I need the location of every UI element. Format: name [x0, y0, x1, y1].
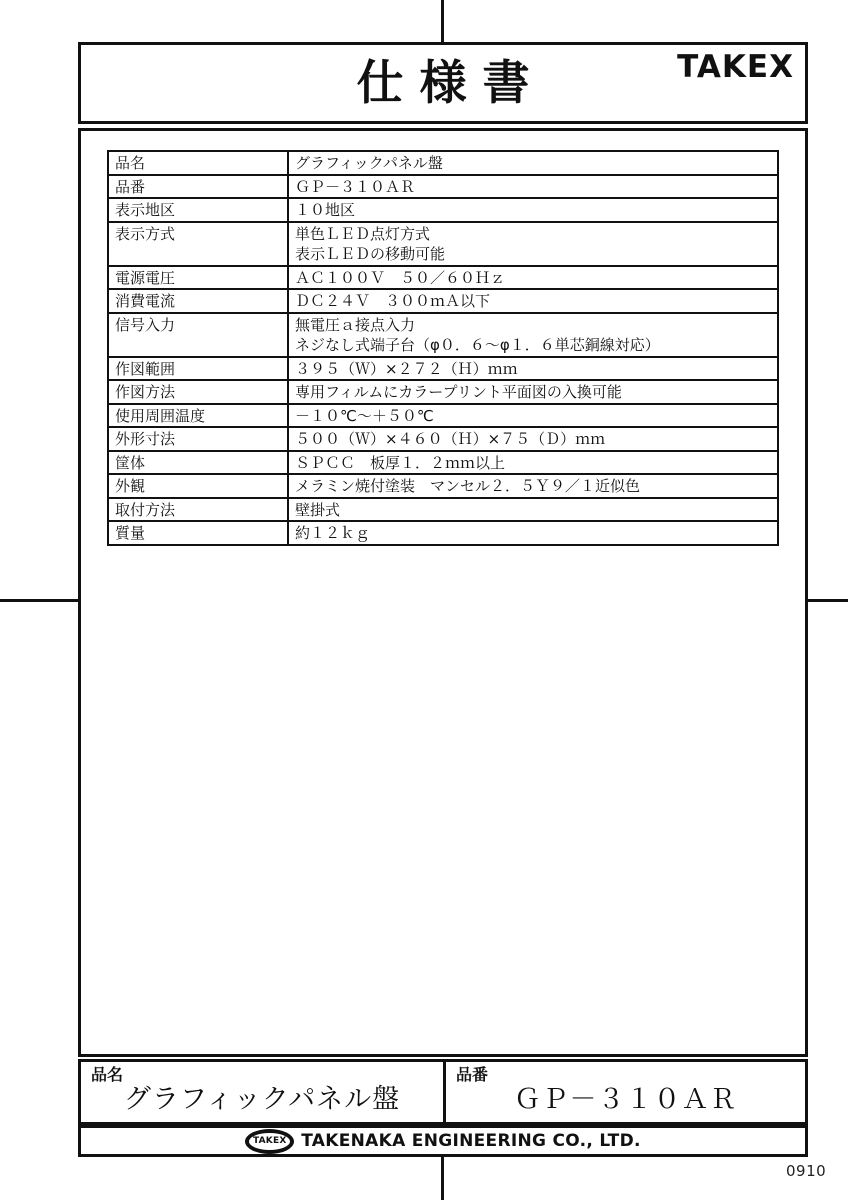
spec-label: 作図方法: [108, 380, 288, 404]
spec-label: 外観: [108, 474, 288, 498]
spec-value: グラフィックパネル盤: [288, 151, 778, 175]
spec-label: 品名: [108, 151, 288, 175]
table-row: 筐体 ＳＰＣＣ 板厚１．２ｍｍ以上: [108, 451, 778, 475]
spec-value: メラミン焼付塗装 マンセル２．５Ｙ９／１近似色: [288, 474, 778, 498]
spec-table: 品名 グラフィックパネル盤 品番 ＧＰ－３１０ＡＲ 表示地区 １０地区 表示方式…: [107, 150, 779, 546]
spec-value: 無電圧ａ接点入力 ネジなし式端子台（φ０．６～φ１．６単芯銅線対応）: [288, 313, 778, 357]
bottom-title-block: 品名 グラフィックパネル盤 品番 ＧＰ－３１０ＡＲ: [78, 1059, 808, 1125]
table-row: 表示地区 １０地区: [108, 198, 778, 222]
crop-mark-left: [0, 599, 79, 602]
takex-logo: TAKEX: [677, 52, 794, 83]
spec-label: 質量: [108, 521, 288, 545]
spec-label: 表示方式: [108, 222, 288, 266]
bottom-name-cell: 品名 グラフィックパネル盤: [81, 1062, 446, 1122]
spec-label: 筐体: [108, 451, 288, 475]
spec-value: ＳＰＣＣ 板厚１．２ｍｍ以上: [288, 451, 778, 475]
spec-value: ＤＣ２４Ｖ ３００ｍＡ以下: [288, 289, 778, 313]
spec-value: ５００（Ｗ）×４６０（Ｈ）×７５（Ｄ）ｍｍ: [288, 427, 778, 451]
spec-label: 信号入力: [108, 313, 288, 357]
table-row: 使用周囲温度 －１０℃～＋５０℃: [108, 404, 778, 428]
spec-label: 外形寸法: [108, 427, 288, 451]
bottom-number-value: ＧＰ－３１０ＡＲ: [514, 1072, 738, 1113]
spec-label: 品番: [108, 175, 288, 199]
bottom-number-cell: 品番 ＧＰ－３１０ＡＲ: [446, 1062, 805, 1122]
table-row: 品名 グラフィックパネル盤: [108, 151, 778, 175]
spec-label: 電源電圧: [108, 266, 288, 290]
takex-badge-icon: TAKEX: [245, 1129, 294, 1154]
spec-label: 消費電流: [108, 289, 288, 313]
crop-mark-bottom: [441, 1156, 444, 1200]
spec-value: ＧＰ－３１０ＡＲ: [288, 175, 778, 199]
title-block: 仕様書 TAKEX: [78, 42, 808, 124]
table-row: 消費電流 ＤＣ２４Ｖ ３００ｍＡ以下: [108, 289, 778, 313]
document-title: 仕様書: [341, 60, 546, 107]
table-row: 作図範囲 ３９５（Ｗ）×２７２（Ｈ）ｍｍ: [108, 357, 778, 381]
spec-value: 壁掛式: [288, 498, 778, 522]
table-row: 取付方法 壁掛式: [108, 498, 778, 522]
revision-code: 0910: [786, 1162, 826, 1180]
bottom-number-label: 品番: [456, 1067, 488, 1083]
spec-value: １０地区: [288, 198, 778, 222]
table-row: 信号入力 無電圧ａ接点入力 ネジなし式端子台（φ０．６～φ１．６単芯銅線対応）: [108, 313, 778, 357]
bottom-name-label: 品名: [91, 1067, 123, 1083]
table-row: 電源電圧 ＡＣ１００Ｖ ５０／６０Ｈｚ: [108, 266, 778, 290]
spec-label: 使用周囲温度: [108, 404, 288, 428]
company-name: TAKENAKA ENGINEERING CO., LTD.: [301, 1131, 641, 1151]
spec-value: 約１２ｋｇ: [288, 521, 778, 545]
bottom-name-value: グラフィックパネル盤: [124, 1072, 400, 1113]
spec-label: 表示地区: [108, 198, 288, 222]
table-row: 品番 ＧＰ－３１０ＡＲ: [108, 175, 778, 199]
spec-value: －１０℃～＋５０℃: [288, 404, 778, 428]
table-row: 外観 メラミン焼付塗装 マンセル２．５Ｙ９／１近似色: [108, 474, 778, 498]
spec-value: ＡＣ１００Ｖ ５０／６０Ｈｚ: [288, 266, 778, 290]
spec-value: 単色ＬＥＤ点灯方式 表示ＬＥＤの移動可能: [288, 222, 778, 266]
table-row: 外形寸法 ５００（Ｗ）×４６０（Ｈ）×７５（Ｄ）ｍｍ: [108, 427, 778, 451]
spec-sheet-page: 仕様書 TAKEX 品名 グラフィックパネル盤 品番 ＧＰ－３１０ＡＲ 表示地区…: [0, 0, 848, 1200]
table-row: 表示方式 単色ＬＥＤ点灯方式 表示ＬＥＤの移動可能: [108, 222, 778, 266]
spec-value: 専用フィルムにカラープリント平面図の入換可能: [288, 380, 778, 404]
company-bar: TAKEX TAKENAKA ENGINEERING CO., LTD.: [78, 1125, 808, 1157]
crop-mark-right: [807, 599, 848, 602]
spec-value: ３９５（Ｗ）×２７２（Ｈ）ｍｍ: [288, 357, 778, 381]
table-row: 質量 約１２ｋｇ: [108, 521, 778, 545]
table-row: 作図方法 専用フィルムにカラープリント平面図の入換可能: [108, 380, 778, 404]
spec-label: 取付方法: [108, 498, 288, 522]
crop-mark-top: [441, 0, 444, 43]
spec-label: 作図範囲: [108, 357, 288, 381]
